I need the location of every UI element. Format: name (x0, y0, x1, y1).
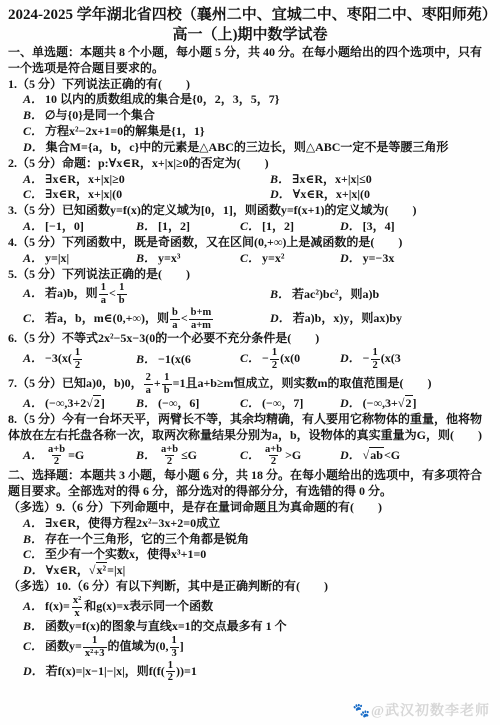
q1-option-d: D．集合M={a，b，c}中的元素是△ABC的三边长，则△ABC一定不是等腰三角… (8, 140, 492, 156)
option-letter: C． (240, 219, 260, 233)
fraction-denominator: b (117, 294, 127, 307)
q8-option-b: B．a+b2≤G (136, 444, 240, 469)
q2-option-c: C．∃x∈R，x+|x|(0 (23, 187, 270, 203)
stem-text: + (154, 376, 161, 390)
option-letter: B． (136, 396, 156, 410)
option-letter: D． (340, 448, 361, 462)
fraction: 12 (73, 347, 82, 372)
option-text: 方程x²−2x+1=0的解集是{1，1} (45, 124, 205, 138)
option-text: (x(3 (381, 351, 401, 365)
option-letter: A． (23, 172, 43, 186)
option-text: (−∞，6] (158, 396, 199, 410)
option-text: ∃x∈R，x+|x|≥0 (45, 172, 125, 186)
sqrt-expression: √x² (89, 562, 107, 577)
fraction: 12 (371, 347, 380, 372)
fraction-numerator: 1 (162, 372, 171, 384)
fraction: 2a (144, 372, 153, 397)
option-text: 若a)b，x)y，则ax)by (293, 311, 402, 325)
fraction-numerator: 1 (99, 282, 108, 294)
fraction-denominator: a (144, 384, 153, 397)
option-text: < (109, 286, 116, 300)
exam-paper: 2024-2025 学年湖北省四校（襄州二中、宜城二中、枣阳二中、枣阳师苑） 高… (0, 0, 500, 684)
option-text: 10 以内的质数组成的集合是{0，2，3，5，7} (45, 92, 279, 106)
option-text: (x(0 (280, 351, 300, 365)
option-text: ] (180, 639, 184, 653)
paper-title-line2: 高一（上)期中数学试卷 (8, 26, 492, 46)
option-text: ] (413, 396, 417, 410)
q8-options: A．a+b2=G B．a+b2≤G C．a+b2>G D．√ab<G (8, 444, 492, 469)
option-text: (−∞，7] (262, 396, 303, 410)
option-text: y=x² (262, 251, 284, 265)
option-letter: A． (23, 92, 43, 106)
radical-sign: √ (398, 396, 405, 410)
q4-options: A．y=|x| B．y=x³ C．y=x² D．y=−3x (8, 251, 492, 267)
q6-option-d: D．−12(x(3 (340, 347, 492, 372)
fraction-numerator: 1 (73, 347, 82, 359)
fraction-numerator: 1 (117, 282, 126, 294)
q4-option-c: C．y=x² (240, 251, 340, 267)
fraction-denominator: a+m (189, 319, 213, 332)
option-letter: C． (23, 124, 43, 138)
q2-option-b: B．∃x∈R，x+|x|≤0 (270, 172, 492, 188)
q3-stem: 3.（5 分）已知函数y=f(x)的定义域为[0，1]，则函数y=f(x+1)的… (8, 203, 492, 219)
radicand: ab (369, 447, 384, 462)
fraction: a+b2 (263, 444, 284, 469)
fraction-denominator: b (162, 384, 172, 397)
q8-stem: 8.（5 分）今有一台坏天平，两臂长不等，其余均精确，有人要用它称物体的重量，他… (8, 412, 492, 444)
option-text: ∃x∈R，x+|x|≤0 (292, 172, 372, 186)
fraction: 1b (162, 372, 172, 397)
fraction-denominator: 2 (73, 359, 82, 372)
option-text: ∃x∈R，使得方程2x²−3x+2=0成立 (45, 516, 220, 530)
fraction-numerator: 2 (144, 372, 153, 384)
option-text: ∀x∈R，x+|x|(0 (293, 187, 370, 201)
fraction: 12 (166, 660, 175, 685)
option-text: − (262, 351, 269, 365)
fraction-denominator: x²+3 (83, 647, 107, 660)
option-text: =|x| (107, 563, 125, 577)
radical-sign: √ (89, 563, 96, 577)
option-letter: C． (240, 351, 260, 365)
q2-options-row2: C．∃x∈R，x+|x|(0 D．∀x∈R，x+|x|(0 (8, 187, 492, 203)
fraction-denominator: a (170, 319, 179, 332)
stem-text: =1且a+b≥m恒成立，则实数m的取值范围是( ) (173, 376, 432, 390)
section1-header: 一、单选题：本题共 8 个小题，每小题 5 分，共 40 分。在每小题给出的四个… (8, 45, 492, 77)
option-letter: A． (23, 448, 43, 462)
option-letter: B． (136, 251, 156, 265)
option-text: ≤G (181, 448, 197, 462)
q7-stem: 7.（5 分）已知a)0，b)0，2a+1b=1且a+b≥m恒成立，则实数m的取… (8, 372, 492, 397)
q9-option-c: C．至少有一个实数x，使得x³+1=0 (8, 547, 492, 563)
q4-option-a: A．y=|x| (23, 251, 136, 267)
option-letter: A． (23, 351, 43, 365)
q8-option-a: A．a+b2=G (23, 444, 136, 469)
option-text: y=x³ (158, 251, 180, 265)
fraction-numerator: x² (71, 595, 83, 607)
sqrt-expression: √ab (363, 447, 384, 462)
q4-option-b: B．y=x³ (136, 251, 240, 267)
option-text: <G (384, 448, 400, 462)
fraction-denominator: 2 (371, 359, 380, 372)
option-text: 存在一个三角形，它的三个角都是锐角 (45, 532, 249, 546)
fraction: ba (170, 307, 180, 332)
option-letter: B． (270, 287, 290, 301)
fraction-numerator: b+m (189, 307, 214, 319)
option-text: −1(x(6 (158, 352, 191, 366)
option-text: 若f(x)=|x−1|−|x|，则f(f( (46, 664, 165, 678)
q3-option-a: A．[−1，0] (23, 219, 136, 235)
fraction-denominator: 2 (165, 455, 174, 468)
option-text: [3，4] (363, 219, 395, 233)
q1-option-c: C．方程x²−2x+1=0的解集是{1，1} (8, 124, 492, 140)
option-letter: C． (240, 448, 260, 462)
fraction-denominator: 2 (52, 455, 61, 468)
q8-option-c: C．a+b2>G (240, 444, 340, 469)
q2-option-a: A．∃x∈R，x+|x|≥0 (23, 172, 270, 188)
option-letter: C． (240, 396, 260, 410)
option-letter: C． (23, 311, 43, 325)
option-letter: A． (23, 219, 43, 233)
option-text: 的值域为(0, (108, 639, 169, 653)
q5-option-d: D．若a)b，x)y，则ax)by (270, 311, 492, 327)
watermark-text: @武汉初数李老师 (371, 704, 490, 719)
section2-header: 二、选择题：本题共 3 小题，每小题 6 分，共 18 分。在每小题给出的选项中… (8, 468, 492, 500)
q10-stem: （多选）10.（6 分）有以下判断，其中是正确判断的有( ) (8, 579, 492, 595)
option-text: ∀x∈R， (46, 563, 89, 577)
option-text: =G (68, 448, 84, 462)
sqrt-expression: √2 (86, 395, 101, 410)
option-text: >G (285, 448, 301, 462)
option-text: (−∞,3+2 (45, 396, 86, 410)
q5-option-b: B．若ac²)bc²，则a)b (270, 287, 492, 303)
radicand: x² (96, 562, 108, 577)
option-letter: D． (340, 396, 361, 410)
option-text: ] (101, 396, 105, 410)
q10-option-a: A．f(x)=x²x和g(x)=x表示同一个函数 (8, 595, 492, 620)
q3-option-b: B．[1，2] (136, 219, 240, 235)
option-text: y=|x| (45, 251, 69, 265)
option-text: [1，2] (158, 219, 190, 233)
q7-options: A．(−∞,3+2√2] B．(−∞，6] C．(−∞，7] D．(−∞,3+√… (8, 396, 492, 412)
q7-option-c: C．(−∞，7] (240, 396, 340, 412)
q5-options-row2: C．若a，b，m∈(0,+∞)，则ba<b+ma+m D．若a)b，x)y，则a… (8, 307, 492, 332)
q3-option-d: D．[3，4] (340, 219, 492, 235)
radical-sign: √ (86, 396, 93, 410)
fraction-denominator: x (72, 607, 81, 620)
option-letter: B． (23, 108, 43, 122)
q7-option-d: D．(−∞,3+√2] (340, 396, 492, 412)
fraction-numerator: 1 (166, 660, 175, 672)
option-letter: D． (270, 187, 291, 201)
option-letter: A． (23, 516, 43, 530)
q1-stem: 1.（5 分）下列说法正确的有( ) (8, 77, 492, 93)
option-letter: B． (136, 219, 156, 233)
q8-option-d: D．√ab<G (340, 448, 492, 464)
option-letter: B． (136, 352, 156, 366)
q9-option-b: B．存在一个三角形，它的三个角都是锐角 (8, 532, 492, 548)
q2-stem: 2.（5 分）命题：p:∀x∈R，x+|x|≥0的否定为( ) (8, 156, 492, 172)
option-text: 若a，b，m∈(0,+∞)，则 (45, 311, 169, 325)
fraction: a+b2 (46, 444, 67, 469)
option-text: y=−3x (363, 251, 395, 265)
radicand: 2 (405, 395, 413, 410)
option-letter: C． (23, 639, 43, 653)
fraction-denominator: 3 (170, 647, 179, 660)
paw-icon: 🐾 (353, 704, 371, 719)
option-letter: A． (23, 396, 43, 410)
fraction-numerator: 1 (270, 347, 279, 359)
q6-options: A．−3(x(12 B．−1(x(6 C．−12(x(0 D．−12(x(3 (8, 347, 492, 372)
q5-option-a: A．若a)b，则1a<1b (23, 282, 270, 307)
fraction: x²x (71, 595, 83, 620)
q4-option-d: D．y=−3x (340, 251, 492, 267)
option-text: ))=1 (176, 664, 197, 678)
fraction-denominator: 2 (269, 455, 278, 468)
q9-option-a: A．∃x∈R，使得方程2x²−3x+2=0成立 (8, 516, 492, 532)
option-text: [1，2] (262, 219, 294, 233)
option-letter: D． (340, 251, 361, 265)
option-text: 函数y=f(x)的图象与直线x=1的交点最多有 1 个 (45, 619, 287, 633)
paper-title-line1: 2024-2025 学年湖北省四校（襄州二中、宜城二中、枣阳二中、枣阳师苑） (8, 6, 492, 26)
q10-option-d: D．若f(x)=|x−1|−|x|，则f(f(12))=1 (8, 660, 492, 685)
fraction-denominator: a (99, 294, 108, 307)
fraction-numerator: 1 (170, 635, 179, 647)
fraction: 1x²+3 (83, 635, 107, 660)
q6-stem: 6.（5 分）不等式2x²−5x−3(0的一个必要不充分条件是( ) (8, 331, 492, 347)
option-letter: C． (23, 547, 43, 561)
q7-option-a: A．(−∞,3+2√2] (23, 396, 136, 412)
fraction-numerator: a+b (159, 444, 180, 456)
fraction-numerator: b (170, 307, 180, 319)
option-text: −3(x( (45, 351, 72, 365)
option-letter: C． (240, 251, 260, 265)
q1-option-a: A．10 以内的质数组成的集合是{0，2，3，5，7} (8, 92, 492, 108)
q3-options: A．[−1，0] B．[1，2] C．[1，2] D．[3，4] (8, 219, 492, 235)
q7-option-b: B．(−∞，6] (136, 396, 240, 412)
option-letter: D． (340, 219, 361, 233)
q6-option-c: C．−12(x(0 (240, 347, 340, 372)
option-text: [−1，0] (45, 219, 84, 233)
q1-option-b: B．∅与{0}是同一个集合 (8, 108, 492, 124)
option-text: 若a)b，则 (45, 286, 98, 300)
fraction-numerator: a+b (263, 444, 284, 456)
q10-option-c: C．函数y=1x²+3的值域为(0,13] (8, 635, 492, 660)
option-text: (−∞,3+ (363, 396, 398, 410)
fraction: b+ma+m (189, 307, 214, 332)
fraction: 13 (170, 635, 179, 660)
option-letter: D． (23, 664, 44, 678)
q4-stem: 4.（5 分）下列函数中，既是奇函数，又在区间(0,+∞)上是减函数的是( ) (8, 235, 492, 251)
option-letter: C． (23, 187, 43, 201)
q2-options-row1: A．∃x∈R，x+|x|≥0 B．∃x∈R，x+|x|≤0 (8, 172, 492, 188)
fraction-numerator: 1 (90, 635, 99, 647)
option-letter: D． (23, 563, 44, 577)
option-text: ∅与{0}是同一个集合 (45, 108, 155, 122)
watermark: 🐾@武汉初数李老师 (353, 700, 490, 720)
option-letter: A． (23, 251, 43, 265)
q2-option-d: D．∀x∈R，x+|x|(0 (270, 187, 492, 203)
option-text: 若ac²)bc²，则a)b (292, 287, 379, 301)
q6-option-a: A．−3(x(12 (23, 347, 136, 372)
option-letter: B． (270, 172, 290, 186)
option-letter: D． (270, 311, 291, 325)
option-letter: D． (23, 140, 44, 154)
option-text: 函数y= (45, 639, 82, 653)
option-text: − (363, 351, 370, 365)
q9-stem: （多选）9.（6 分）下列命题中，是存在量词命题且为真命题的有( ) (8, 500, 492, 516)
sqrt-expression: √2 (398, 395, 413, 410)
fraction: 1a (99, 282, 108, 307)
option-text: 集合M={a，b，c}中的元素是△ABC的三边长，则△ABC一定不是等腰三角形 (46, 140, 449, 154)
fraction-denominator: 2 (270, 359, 279, 372)
option-text: ∃x∈R，x+|x|(0 (45, 187, 122, 201)
fraction-numerator: a+b (46, 444, 67, 456)
q3-option-c: C．[1，2] (240, 219, 340, 235)
option-text: f(x)= (45, 599, 70, 613)
radicand: 2 (93, 395, 101, 410)
fraction: a+b2 (159, 444, 180, 469)
option-text: 至少有一个实数x，使得x³+1=0 (45, 547, 206, 561)
option-letter: B． (23, 532, 43, 546)
option-letter: B． (136, 448, 156, 462)
q9-option-d: D．∀x∈R，√x²=|x| (8, 563, 492, 579)
stem-text: 7.（5 分）已知a)0，b)0， (8, 376, 143, 390)
fraction: 12 (270, 347, 279, 372)
q6-option-b: B．−1(x(6 (136, 352, 240, 368)
option-text: < (181, 311, 188, 325)
fraction-numerator: 1 (371, 347, 380, 359)
option-text: 和g(x)=x表示同一个函数 (84, 599, 213, 613)
option-letter: B． (23, 619, 43, 633)
fraction: 1b (117, 282, 127, 307)
q5-options-row1: A．若a)b，则1a<1b B．若ac²)bc²，则a)b (8, 282, 492, 307)
option-letter: A． (23, 286, 43, 300)
option-letter: A． (23, 599, 43, 613)
fraction-denominator: 2 (166, 671, 175, 684)
q10-option-b: B．函数y=f(x)的图象与直线x=1的交点最多有 1 个 (8, 619, 492, 635)
q5-stem: 5.（5 分）下列说法正确的是( ) (8, 267, 492, 283)
q5-option-c: C．若a，b，m∈(0,+∞)，则ba<b+ma+m (23, 307, 270, 332)
option-letter: D． (340, 351, 361, 365)
